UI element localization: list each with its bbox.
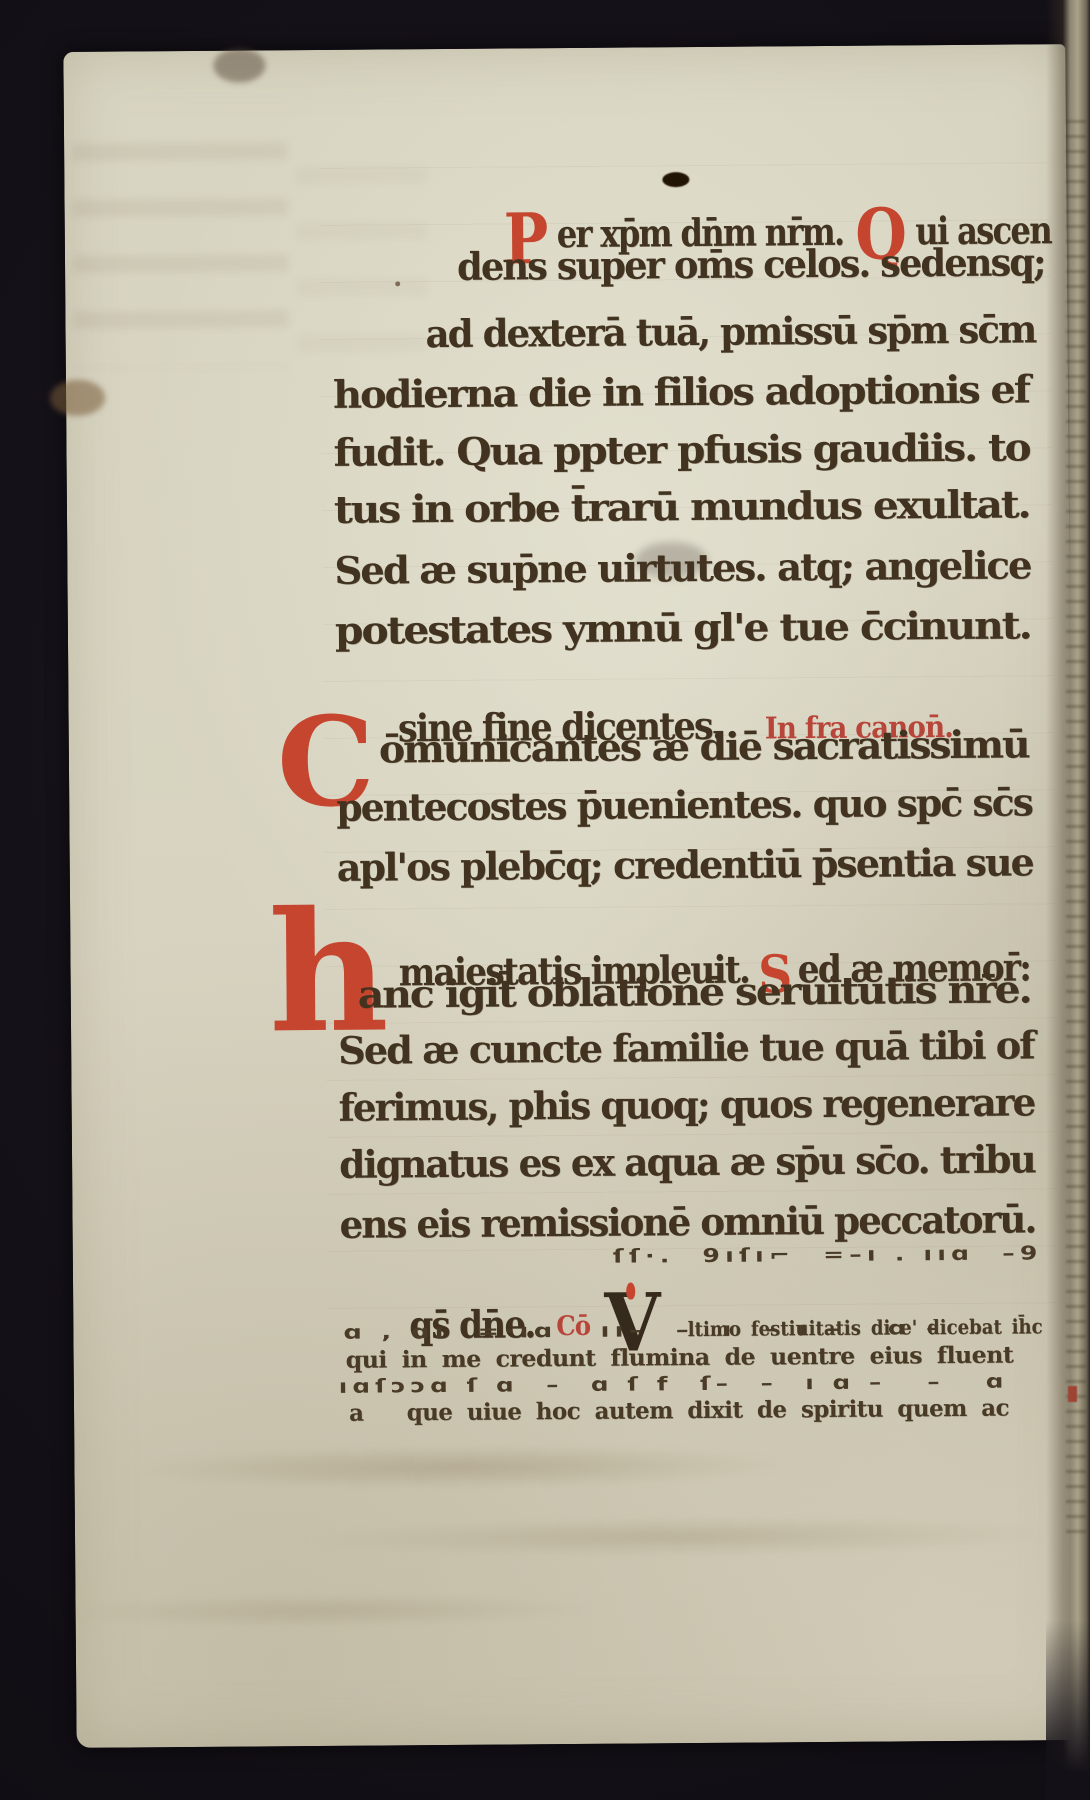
text-run: anc igit̄ oblationē seruitutis nr̄e. — [358, 966, 1031, 1016]
text-line-16: ferimus, phis quoq; quos regenerare — [339, 1083, 1035, 1126]
text-run: Sed æ cuncte familie tue quā tibi of — [338, 1022, 1034, 1072]
chant-run: a que uiue hoc autem dixit de spiritu qu… — [349, 1395, 1009, 1427]
text-run: potestates ymnū gl'e tue c̄cinunt. — [335, 602, 1031, 652]
text-run: ferimus, phis quoq; quos regenerare — [338, 1079, 1034, 1129]
text-line-6: tus in orbe t̄rarū mundus exultat. — [334, 485, 1030, 528]
neumes-row-3: ıɑſɔɔɑ ſ ɑ – ɑ ſ f ſ– – ı ɑ – – ɑ — [339, 1373, 1009, 1397]
left-edge-stain — [50, 380, 105, 416]
text-line-18: ens eis remissionē omniū peccatorū. — [339, 1200, 1035, 1243]
text-line-21: a que uiue hoc autem dixit de spiritu qu… — [349, 1397, 1009, 1425]
text-run: dignatus es ex aqua æ sp̄u sc̄o. tribu — [339, 1136, 1035, 1186]
show-through-ghost — [72, 142, 289, 369]
manuscript-page: C h Per xp̄m dn̄m nr̄m.Qui ascen dens su… — [63, 44, 1078, 1748]
text-line-20: qui in me credunt flumina de uentre eius… — [346, 1344, 1014, 1372]
top-edge-smudge — [213, 48, 265, 82]
text-line-11: pentecostes p̄uenientes. quo spc̄ sc̄s — [336, 783, 1032, 826]
show-through-ghost — [296, 166, 428, 367]
text-run: ens eis remissionē omniū peccatorū. — [339, 1196, 1035, 1246]
text-line-4: hodierna die in filios adoptionis ef — [333, 370, 1029, 413]
photo-stage: C h Per xp̄m dn̄m nr̄m.Qui ascen dens su… — [0, 0, 1090, 1800]
text-line-5: fudit. Qua ppter pfusis gaudiis. to — [333, 428, 1029, 471]
text-line-2: dens super om̄s celos. sedensq; — [457, 243, 1045, 286]
text-run: apl'os plebc̄q; credentiū p̄sentia sue — [337, 839, 1033, 889]
text-line-15: Sed æ cuncte familie tue quā tibi of — [338, 1026, 1034, 1069]
neumes-row-2: ɑ , ɑı =·ıɑ ıı– – ı – ı – ɑ – — [343, 1319, 944, 1343]
text-line-3: ad dexterā tuā, pmissū sp̄m sc̄m — [425, 310, 1035, 353]
text-line-14: anc igit̄ oblationē seruitutis nr̄e. — [358, 970, 1031, 1013]
text-line-12: apl'os plebc̄q; credentiū p̄sentia sue — [337, 843, 1033, 886]
speck — [395, 281, 400, 286]
fold-bottom-shadow — [1046, 1620, 1090, 1800]
book-fold-sliver — [1046, 0, 1090, 1800]
text-run: tus in orbe t̄rarū mundus exultat. — [334, 481, 1030, 531]
text-run: ōmunicantes æ diē sacratissimū — [379, 721, 1029, 771]
fold-red-mark — [1068, 1386, 1077, 1402]
initial-v-red-mark — [626, 1283, 635, 1300]
fold-showthrough-text — [1066, 120, 1086, 1540]
parchment-veins — [74, 1384, 1079, 1748]
text-line-17: dignatus es ex aqua æ sp̄u sc̄o. tribu — [339, 1140, 1035, 1183]
text-line-8: potestates ymnū gl'e tue c̄cinunt. — [335, 606, 1031, 649]
text-line-10: ōmunicantes æ diē sacratissimū — [379, 725, 1029, 768]
chant-run: qui in me credunt flumina de uentre eius… — [346, 1342, 1014, 1374]
text-run: hodierna die in filios adoptionis ef — [333, 366, 1029, 416]
neume-run: ɑ , ɑı =·ıɑ ıı– – ı – ı – ɑ – — [343, 1317, 944, 1344]
text-run: ad dexterā tuā, pmissū sp̄m sc̄m — [425, 306, 1035, 356]
text-run: pentecostes p̄uenientes. quo spc̄ sc̄s — [336, 779, 1032, 829]
text-run: Sed æ sup̄ne uirtutes. atq; angelice — [334, 542, 1030, 592]
text-run: fudit. Qua ppter pfusis gaudiis. to — [333, 424, 1029, 474]
text-run: dens super om̄s celos. sedensq; — [457, 239, 1045, 289]
text-line-7: Sed æ sup̄ne uirtutes. atq; angelice — [334, 546, 1030, 589]
